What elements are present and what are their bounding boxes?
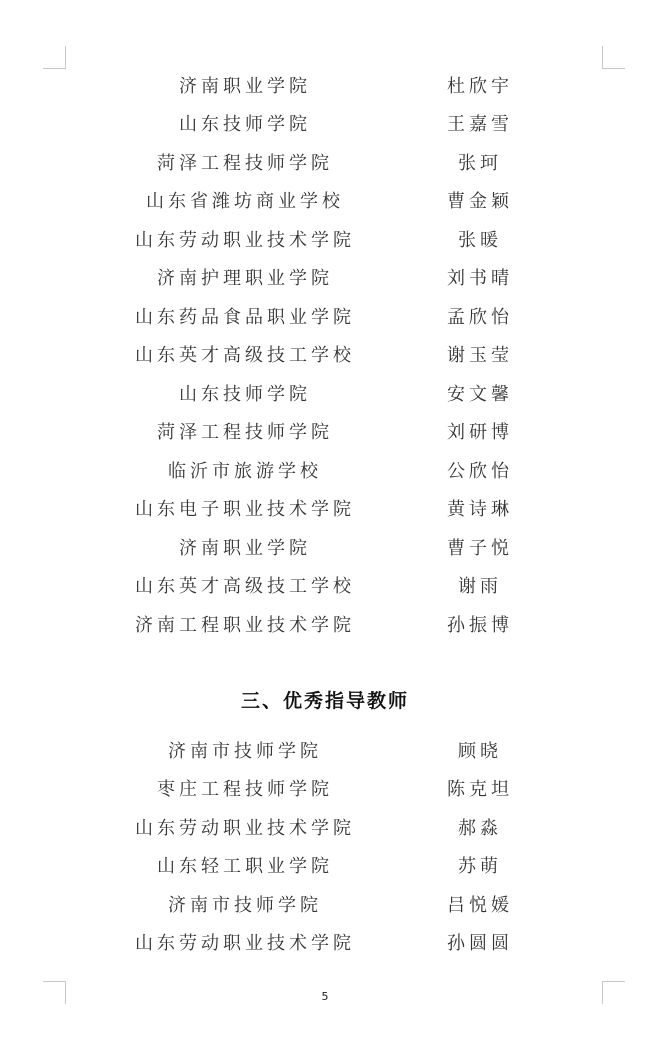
margin-mark-top-right bbox=[602, 46, 625, 69]
section-heading: 三、优秀指导教师 bbox=[0, 686, 650, 713]
person-name: 刘研博 bbox=[430, 418, 530, 448]
person-name: 张暖 bbox=[430, 226, 530, 256]
person-name: 张珂 bbox=[430, 149, 530, 179]
school-name: 临沂市旅游学校 bbox=[120, 457, 370, 487]
person-name: 杜欣宇 bbox=[430, 72, 530, 102]
list-row: 枣庄工程技师学院陈克坦 bbox=[0, 775, 650, 805]
list-row: 山东轻工职业学院苏萌 bbox=[0, 852, 650, 882]
school-name: 山东药品食品职业学院 bbox=[120, 303, 370, 333]
school-name: 山东电子职业技术学院 bbox=[120, 495, 370, 525]
list-row: 济南职业学院曹子悦 bbox=[0, 534, 650, 564]
person-name: 吕悦媛 bbox=[430, 891, 530, 921]
person-name: 孙圆圆 bbox=[430, 929, 530, 959]
person-name: 谢雨 bbox=[430, 572, 530, 602]
list-row: 山东劳动职业技术学院郝淼 bbox=[0, 814, 650, 844]
school-name: 菏泽工程技师学院 bbox=[120, 418, 370, 448]
person-name: 安文馨 bbox=[430, 380, 530, 410]
school-name: 山东技师学院 bbox=[120, 380, 370, 410]
school-name: 山东劳动职业技术学院 bbox=[120, 814, 370, 844]
list-row: 济南职业学院杜欣宇 bbox=[0, 72, 650, 102]
list-row: 济南市技师学院顾晓 bbox=[0, 737, 650, 767]
list-row: 山东技师学院王嘉雪 bbox=[0, 110, 650, 140]
list-row: 菏泽工程技师学院刘研博 bbox=[0, 418, 650, 448]
school-name: 山东英才高级技工学校 bbox=[120, 341, 370, 371]
school-name: 济南职业学院 bbox=[120, 72, 370, 102]
list-row: 济南护理职业学院刘书晴 bbox=[0, 264, 650, 294]
school-name: 菏泽工程技师学院 bbox=[120, 149, 370, 179]
list-row: 山东劳动职业技术学院张暖 bbox=[0, 226, 650, 256]
list-row: 山东技师学院安文馨 bbox=[0, 380, 650, 410]
person-name: 顾晓 bbox=[430, 737, 530, 767]
list-row: 山东省潍坊商业学校曹金颖 bbox=[0, 187, 650, 217]
list-row: 山东英才高级技工学校谢玉莹 bbox=[0, 341, 650, 371]
school-name: 枣庄工程技师学院 bbox=[120, 775, 370, 805]
person-name: 黄诗琳 bbox=[430, 495, 530, 525]
list-row: 济南工程职业技术学院孙振博 bbox=[0, 611, 650, 641]
person-name: 刘书晴 bbox=[430, 264, 530, 294]
list-row: 山东电子职业技术学院黄诗琳 bbox=[0, 495, 650, 525]
person-name: 王嘉雪 bbox=[430, 110, 530, 140]
person-name: 曹金颖 bbox=[430, 187, 530, 217]
school-name: 山东技师学院 bbox=[120, 110, 370, 140]
person-name: 公欣怡 bbox=[430, 457, 530, 487]
list-row: 临沂市旅游学校公欣怡 bbox=[0, 457, 650, 487]
list-row: 菏泽工程技师学院张珂 bbox=[0, 149, 650, 179]
person-name: 陈克坦 bbox=[430, 775, 530, 805]
school-name: 济南工程职业技术学院 bbox=[120, 611, 370, 641]
school-name: 济南市技师学院 bbox=[120, 737, 370, 767]
margin-mark-top-left bbox=[43, 46, 66, 69]
person-name: 郝淼 bbox=[430, 814, 530, 844]
list-row: 山东劳动职业技术学院孙圆圆 bbox=[0, 929, 650, 959]
school-name: 山东轻工职业学院 bbox=[120, 852, 370, 882]
person-name: 曹子悦 bbox=[430, 534, 530, 564]
person-name: 孟欣怡 bbox=[430, 303, 530, 333]
school-name: 济南市技师学院 bbox=[120, 891, 370, 921]
list-row: 山东药品食品职业学院孟欣怡 bbox=[0, 303, 650, 333]
page-number: 5 bbox=[0, 990, 650, 1003]
school-name: 山东劳动职业技术学院 bbox=[120, 929, 370, 959]
list-row: 济南市技师学院吕悦媛 bbox=[0, 891, 650, 921]
school-name: 山东英才高级技工学校 bbox=[120, 572, 370, 602]
person-name: 谢玉莹 bbox=[430, 341, 530, 371]
school-name: 山东省潍坊商业学校 bbox=[120, 187, 370, 217]
school-name: 济南职业学院 bbox=[120, 534, 370, 564]
person-name: 苏萌 bbox=[430, 852, 530, 882]
person-name: 孙振博 bbox=[430, 611, 530, 641]
list-row: 山东英才高级技工学校谢雨 bbox=[0, 572, 650, 602]
school-name: 济南护理职业学院 bbox=[120, 264, 370, 294]
school-name: 山东劳动职业技术学院 bbox=[120, 226, 370, 256]
